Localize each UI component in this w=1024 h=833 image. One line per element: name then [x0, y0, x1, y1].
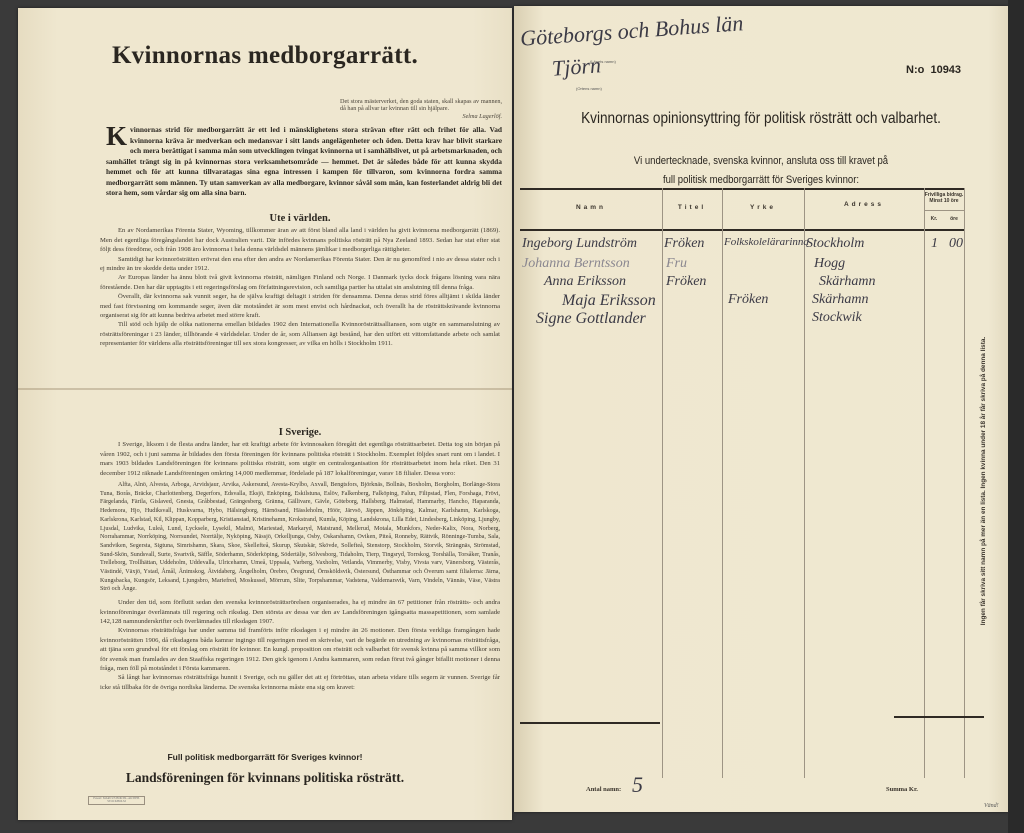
footer-rule-left: [520, 722, 660, 724]
printer-stamp: ISAAC MARCUS BOKTR.-AKTIEB. STOCKHOLM: [88, 796, 145, 805]
footer-rule-right: [894, 716, 984, 718]
turn-over-label: Vänd!: [984, 803, 999, 809]
count-label: Antal namn:: [586, 786, 621, 793]
count-value: 5: [632, 772, 643, 798]
county-handwritten: Göteborgs och Bohus län: [519, 10, 744, 52]
epigraph-author: Selma Lagerlöf.: [340, 113, 502, 120]
slogan: Full politisk medborgarrätt för Sveriges…: [18, 752, 512, 762]
town-list: Alfta, Alnö, Alvesta, Arboga, Arvidsjaur…: [100, 481, 500, 594]
epigraph: Det stora mästerverket, den goda staten,…: [340, 98, 502, 120]
col-header-titel: Titel: [662, 204, 722, 211]
col-header-namn: Namn: [520, 204, 662, 211]
header-bottom-rule: [520, 229, 964, 231]
section-heading: Ute i världen.: [100, 214, 500, 223]
left-page-flyer: Kvinnornas medborgarrätt. Det stora mäst…: [18, 8, 512, 820]
col-header-kr: Kr.: [924, 216, 944, 222]
organization-name: Landsföreningen för kvinnans politiska r…: [18, 770, 512, 786]
table-row: Ingeborg Lundström Fröken Folkskolelärar…: [514, 236, 964, 258]
number-label: N:o: [906, 64, 924, 76]
scanner-edge: [1008, 0, 1024, 833]
side-instruction: Ingen får skriva sitt namn på mer än en …: [980, 246, 987, 716]
petition-title: Kvinnornas opinionsyttring för politisk …: [551, 110, 971, 128]
parish-label: (Ortens namn): [576, 86, 602, 91]
section-i-sverige: I Sverige. I Sverige, liksom i de flesta…: [100, 426, 500, 692]
petition-subtitle: Vi undertecknade, svenska kvinnor, anslu…: [539, 152, 984, 190]
sum-label: Summa Kr.: [886, 786, 918, 793]
number-value: 10943: [930, 64, 961, 76]
right-page-petition: Göteborgs och Bohus län (Länets namn) Tj…: [514, 6, 1008, 812]
col-header-yrke: Yrke: [722, 204, 804, 211]
paper-fold: [18, 388, 512, 390]
col-header-adress: Adress: [804, 201, 924, 208]
parish-handwritten: Tjörn: [551, 52, 602, 81]
section-heading: I Sverige.: [100, 428, 500, 437]
col-header-ore: öre: [944, 216, 964, 222]
epigraph-text: Det stora mästerverket, den goda staten,…: [340, 98, 502, 112]
drop-cap: K: [106, 125, 127, 147]
col-header-bidrag: Frivilliga bidrag. Minst 10 öre: [924, 192, 964, 204]
flyer-title: Kvinnornas medborgarrätt.: [18, 42, 512, 70]
table-top-rule: [520, 188, 964, 190]
petition-number: N:o 10943: [906, 64, 961, 76]
intro-paragraph: Kvinnornas strid för medborgarrätt är et…: [106, 125, 502, 199]
table-row: Signe Gottlander Stockwik: [514, 310, 964, 332]
section-ute-i-varlden: Ute i världen. En av Nordamerikas Förent…: [100, 212, 500, 349]
signature-table: Namn Titel Yrke Adress Frivilliga bidrag…: [514, 188, 964, 778]
